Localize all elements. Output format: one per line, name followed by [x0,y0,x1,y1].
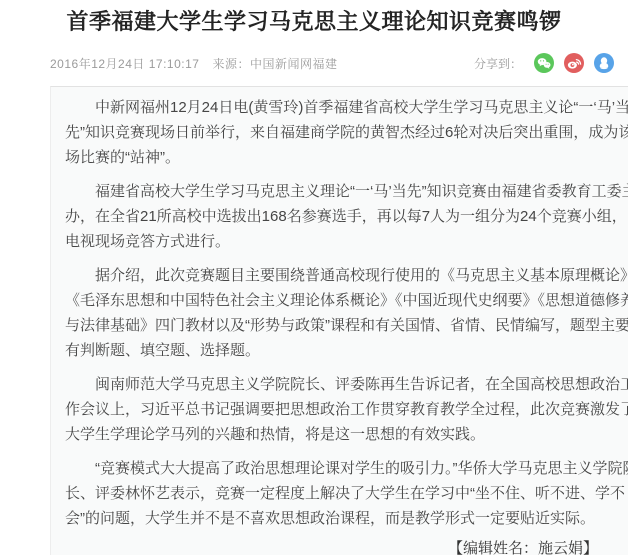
article-body: 中新网福州12月24日电(黄雪玲)首季福建省高校大学生学习马克思主义论“一‘马’… [50,86,628,555]
editor-byline: 【编辑姓名：施云娟】 [65,540,628,555]
share-bar: 分享到： [474,53,614,73]
wechat-share-button[interactable] [534,53,554,73]
meta-info: 2016年12月24日 17:10:17来源：中国新闻网福建 [50,55,337,72]
publish-datetime: 2016年12月24日 17:10:17 [50,57,199,71]
qq-share-button[interactable] [594,53,614,73]
wechat-icon [534,53,554,73]
article-paragraph: 据介绍，此次竞赛题目主要围绕普通高校现行使用的《马克思主义基本原理概论》《毛泽东… [65,263,628,363]
article-page: 首季福建大学生学习马克思主义理论知识竞赛鸣锣 2016年12月24日 17:10… [0,8,628,36]
share-label: 分享到： [474,55,522,72]
page-title: 首季福建大学生学习马克思主义理论知识竞赛鸣锣 [12,8,616,36]
article-paragraph: “竞赛模式大大提高了政治思想理论课对学生的吸引力。”华侨大学马克思主义学院院长、… [65,456,628,531]
source-label: 来源：中国新闻网福建 [212,57,337,71]
article-paragraph: 福建省高校大学生学习马克思主义理论“一‘马’当先”知识竞赛由福建省委教育工委主办… [65,179,628,254]
article-paragraph: 中新网福州12月24日电(黄雪玲)首季福建省高校大学生学习马克思主义论“一‘马’… [65,95,628,170]
weibo-icon [564,53,584,73]
qq-icon [594,53,614,73]
article-paragraph: 闽南师范大学马克思主义学院院长、评委陈再生告诉记者，在全国高校思想政治工作会议上… [65,372,628,447]
meta-row: 2016年12月24日 17:10:17来源：中国新闻网福建 分享到： [50,51,614,75]
weibo-share-button[interactable] [564,53,584,73]
